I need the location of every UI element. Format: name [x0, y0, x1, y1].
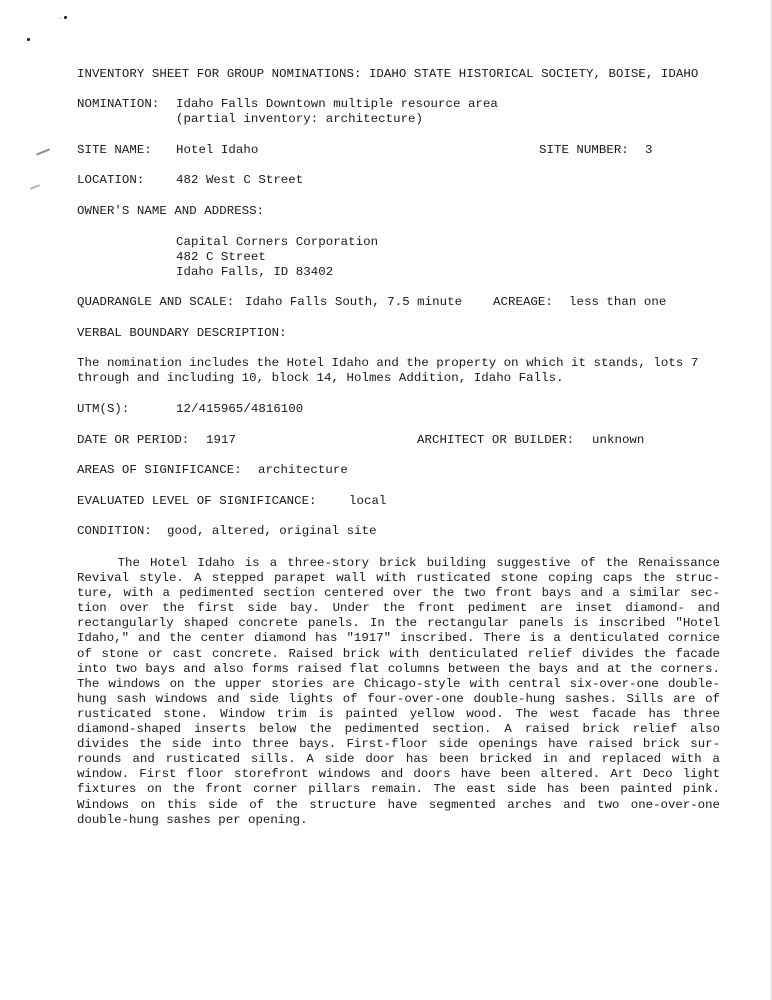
areas-value: architecture [258, 463, 348, 478]
nomination-label: NOMINATION: [77, 97, 159, 112]
site-name-label: SITE NAME: [77, 143, 152, 158]
quadrangle-label: QUADRANGLE AND SCALE: [77, 295, 234, 310]
description-line: into two bays and also forms raised flat… [77, 662, 720, 677]
boundary-line1: The nomination includes the Hotel Idaho … [77, 356, 698, 371]
quadrangle-value: Idaho Falls South, 7.5 minute [245, 295, 462, 310]
acreage-label: ACREAGE: [493, 295, 553, 310]
description-line: double-hung sashes per opening. [77, 813, 720, 828]
margin-check-mark-icon [36, 148, 50, 155]
level-label: EVALUATED LEVEL OF SIGNIFICANCE: [77, 494, 317, 509]
architect-label: ARCHITECT OR BUILDER: [417, 433, 574, 448]
condition-value: good, altered, original site [167, 524, 377, 539]
owner-label: OWNER'S NAME AND ADDRESS: [77, 204, 264, 219]
description-line: The Hotel Idaho is a three-story brick b… [77, 556, 720, 571]
document-page: INVENTORY SHEET FOR GROUP NOMINATIONS: I… [0, 0, 772, 1000]
location-label: LOCATION: [77, 173, 144, 188]
site-number-value: 3 [645, 143, 653, 158]
site-number-label: SITE NUMBER: [539, 143, 629, 158]
description-paragraph: The Hotel Idaho is a three-story brick b… [77, 556, 720, 828]
utm-value: 12/415965/4816100 [176, 402, 303, 417]
description-line: of stone or cast concrete. Raised brick … [77, 647, 720, 662]
owner-name: Capital Corners Corporation [176, 235, 378, 250]
areas-label: AREAS OF SIGNIFICANCE: [77, 463, 242, 478]
description-line: rusticated stone. Window trim is painted… [77, 707, 720, 722]
description-line: Windows on this side of the structure ha… [77, 798, 720, 813]
level-value: local [349, 494, 386, 509]
description-line: fixtures on the front corner pillars rem… [77, 782, 720, 797]
scan-speck [27, 38, 30, 41]
description-line: hung sash windows and side lights of fou… [77, 692, 720, 707]
scan-speck [64, 16, 67, 19]
description-line: divides the side into three bays. First-… [77, 737, 720, 752]
condition-label: CONDITION: [77, 524, 152, 539]
nomination-value-line1: Idaho Falls Downtown multiple resource a… [176, 97, 498, 112]
description-line: tion over the first side bay. Under the … [77, 601, 720, 616]
description-line: diamond-shaped inserts below the pedimen… [77, 722, 720, 737]
margin-check-mark-icon [30, 184, 40, 190]
location-value: 482 West C Street [176, 173, 303, 188]
nomination-value-line2: (partial inventory: architecture) [176, 112, 423, 127]
boundary-line2: through and including 10, block 14, Holm… [77, 371, 564, 386]
acreage-value: less than one [569, 295, 666, 310]
date-value: 1917 [206, 433, 236, 448]
document-title: INVENTORY SHEET FOR GROUP NOMINATIONS: I… [77, 67, 698, 82]
description-line: Revival style. A stepped parapet wall wi… [77, 571, 720, 586]
scan-speck [60, 18, 61, 19]
utm-label: UTM(S): [77, 402, 129, 417]
description-line: The windows on the upper stories are Chi… [77, 677, 720, 692]
description-line: rectangularly shaped concrete panels. In… [77, 616, 720, 631]
description-line: rounds and rusticated sills. A side door… [77, 752, 720, 767]
boundary-label: VERBAL BOUNDARY DESCRIPTION: [77, 326, 287, 341]
description-line: ture, with a pedimented section centered… [77, 586, 720, 601]
date-label: DATE OR PERIOD: [77, 433, 189, 448]
description-line: Idaho," and the center diamond has "1917… [77, 631, 720, 646]
architect-value: unknown [592, 433, 644, 448]
owner-city: Idaho Falls, ID 83402 [176, 265, 333, 280]
site-name-value: Hotel Idaho [176, 143, 258, 158]
description-line: window. First floor storefront windows a… [77, 767, 720, 782]
owner-street: 482 C Street [176, 250, 266, 265]
